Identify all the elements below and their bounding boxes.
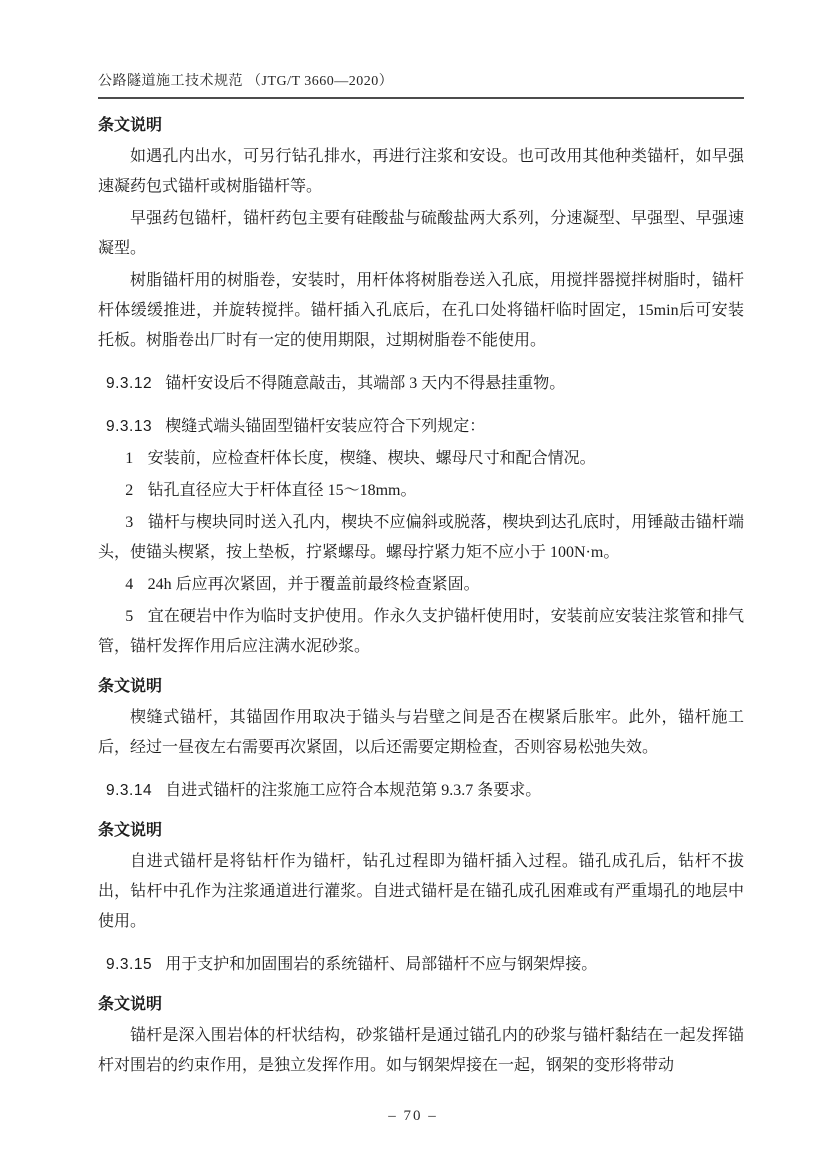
section-label-commentary-3: 条文说明 xyxy=(98,816,744,846)
list-item-5-text: 宜在硬岩中作为临时支护使用。作永久支护锚杆使用时，安装前应安装注浆管和排气管，锚… xyxy=(98,608,744,655)
commentary-paragraph-resin-cartridge: 树脂锚杆用的树脂卷，安装时，用杆体将树脂卷送入孔底，用搅拌器搅拌树脂时，锚杆杆体… xyxy=(98,266,744,356)
commentary-paragraph-water-in-hole: 如遇孔内出水，可另行钻孔排水，再进行注浆和安设。也可改用其他种类锚杆，如早强速凝… xyxy=(98,142,744,202)
clause-9-3-15-text: 用于支护和加固围岩的系统锚杆、局部锚杆不应与钢架焊接。 xyxy=(165,956,597,973)
clause-9-3-15: 9.3.15用于支护和加固围岩的系统锚杆、局部锚杆不应与钢架焊接。 xyxy=(98,950,744,980)
clause-9-3-14-number: 9.3.14 xyxy=(106,782,152,799)
page-number: – 70 – xyxy=(388,1108,438,1124)
section-label-commentary-2: 条文说明 xyxy=(98,672,744,702)
clause-9-3-13-number: 9.3.13 xyxy=(106,418,152,435)
list-item-1: 1安装前，应检查杆体长度，楔缝、楔块、螺母尺寸和配合情况。 xyxy=(98,444,744,474)
clause-9-3-12-text: 锚杆安设后不得随意敲击，其端部 3 天内不得悬挂重物。 xyxy=(165,375,565,392)
document-page: 公路隧道施工技术规范 （JTG/T 3660—2020） 条文说明 如遇孔内出水… xyxy=(0,0,826,1169)
page-footer: – 70 – xyxy=(0,1107,826,1125)
page-header: 公路隧道施工技术规范 （JTG/T 3660—2020） xyxy=(98,72,744,99)
clause-9-3-13-text: 楔缝式端头锚固型锚杆安装应符合下列规定： xyxy=(165,418,485,435)
clause-9-3-14: 9.3.14自进式锚杆的注浆施工应符合本规范第 9.3.7 条要求。 xyxy=(98,776,744,806)
list-item-2: 2钻孔直径应大于杆体直径 15～18mm。 xyxy=(98,476,744,506)
list-item-4: 424h 后应再次紧固，并于覆盖前最终检查紧固。 xyxy=(98,570,744,600)
commentary-paragraph-anchor-rod-structure: 锚杆是深入围岩体的杆状结构，砂浆锚杆是通过锚孔内的砂浆与锚杆黏结在一起发挥锚杆对… xyxy=(98,1021,744,1081)
list-item-1-text: 安装前，应检查杆体长度，楔缝、楔块、螺母尺寸和配合情况。 xyxy=(148,450,596,467)
clause-9-3-12-number: 9.3.12 xyxy=(106,375,152,392)
list-item-2-text: 钻孔直径应大于杆体直径 15～18mm。 xyxy=(148,482,417,499)
section-label-commentary-1: 条文说明 xyxy=(98,111,744,141)
commentary-paragraph-self-drilling-anchor: 自进式锚杆是将钻杆作为锚杆，钻孔过程即为锚杆插入过程。锚孔成孔后，钻杆不拔出，钻… xyxy=(98,847,744,937)
list-item-5-number: 5 xyxy=(125,608,133,625)
section-label-commentary-4: 条文说明 xyxy=(98,990,744,1020)
clause-9-3-14-text: 自进式锚杆的注浆施工应符合本规范第 9.3.7 条要求。 xyxy=(165,782,541,799)
clause-9-3-15-number: 9.3.15 xyxy=(106,956,152,973)
commentary-paragraph-early-strength-cartridge: 早强药包锚杆，锚杆药包主要有硅酸盐与硫酸盐两大系列，分速凝型、早强型、早强速凝型… xyxy=(98,204,744,264)
list-item-3-text: 锚杆与楔块同时送入孔内，楔块不应偏斜或脱落，楔块到达孔底时，用锤敲击锚杆端头，使… xyxy=(98,514,744,561)
list-item-2-number: 2 xyxy=(125,482,133,499)
list-item-3: 3锚杆与楔块同时送入孔内，楔块不应偏斜或脱落，楔块到达孔底时，用锤敲击锚杆端头，… xyxy=(98,508,744,568)
page-content: 条文说明 如遇孔内出水，可另行钻孔排水，再进行注浆和安设。也可改用其他种类锚杆，… xyxy=(98,111,744,1081)
list-item-4-number: 4 xyxy=(125,576,133,593)
commentary-paragraph-wedge-slot-anchor: 楔缝式锚杆，其锚固作用取决于锚头与岩壁之间是否在楔紧后胀牢。此外，锚杆施工后，经… xyxy=(98,703,744,763)
running-header-title: 公路隧道施工技术规范 （JTG/T 3660—2020） xyxy=(98,72,744,92)
clause-9-3-12: 9.3.12锚杆安设后不得随意敲击，其端部 3 天内不得悬挂重物。 xyxy=(98,369,744,399)
list-item-4-text: 24h 后应再次紧固，并于覆盖前最终检查紧固。 xyxy=(148,576,480,593)
clause-9-3-13: 9.3.13楔缝式端头锚固型锚杆安装应符合下列规定： xyxy=(98,412,744,442)
list-item-1-number: 1 xyxy=(125,450,133,467)
list-item-3-number: 3 xyxy=(125,514,133,531)
list-item-5: 5宜在硬岩中作为临时支护使用。作永久支护锚杆使用时，安装前应安装注浆管和排气管，… xyxy=(98,602,744,662)
